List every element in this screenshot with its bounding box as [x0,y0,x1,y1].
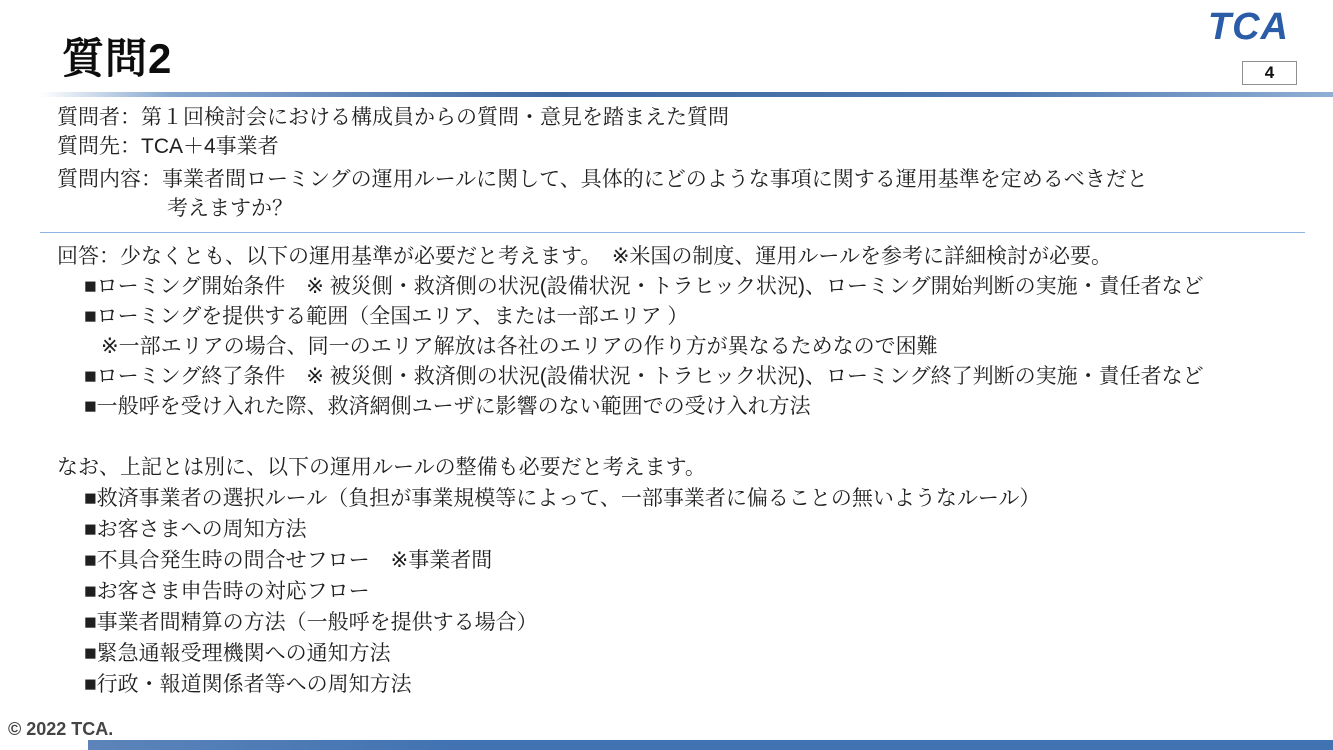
page-number: 4 [1265,63,1274,83]
section-divider [40,232,1305,233]
question-block: 質問者：第１回検討会における構成員からの質問・意見を踏まえた質問 質問先：TCA… [57,103,1148,223]
question-target-line: 質問先：TCA＋4事業者 [57,132,1148,161]
rule-item: ■事業者間精算の方法（一般呼を提供する場合） [57,607,1204,638]
rules-intro: なお、上記とは別に、以下の運用ルールの整備も必要だと考えます。 [57,453,1204,483]
criteria-item: ■ローミング開始条件 ※ 被災側・救済側の状況(設備状況・トラヒック状況)、ロー… [57,272,1204,302]
slide: 質問2 TCA 4 質問者：第１回検討会における構成員からの質問・意見を踏まえた… [0,0,1333,750]
answer-block: 回答：少なくとも、以下の運用基準が必要だと考えます。 ※米国の制度、運用ルールを… [57,242,1204,700]
page-number-box: 4 [1242,61,1297,85]
criteria-item: ■ローミングを提供する範囲（全国エリア、または一部エリア ） [57,302,1204,332]
rule-item: ■行政・報道関係者等への周知方法 [57,669,1204,700]
criteria-item: ■ローミング終了条件 ※ 被災側・救済側の状況(設備状況・トラヒック状況)、ロー… [57,362,1204,392]
criteria-item: ■一般呼を受け入れた際、救済網側ユーザに影響のない範囲での受け入れ方法 [57,392,1204,422]
page-title: 質問2 [62,26,172,86]
bottom-accent-bar [88,740,1333,750]
rule-item: ■お客さま申告時の対応フロー [57,576,1204,607]
tca-logo: TCA [1208,6,1289,49]
question-content-continuation: 考えますか？ [167,194,1148,223]
rule-item: ■緊急通報受理機関への通知方法 [57,638,1204,669]
rule-item: ■不具合発生時の問合せフロー ※事業者間 [57,545,1204,576]
title-underline-rule [40,92,1333,97]
rule-item: ■お客さまへの周知方法 [57,514,1204,545]
copyright-text: © 2022 TCA. [8,719,113,740]
answer-intro: 回答：少なくとも、以下の運用基準が必要だと考えます。 ※米国の制度、運用ルールを… [57,242,1204,272]
rule-item: ■救済事業者の選択ルール（負担が事業規模等によって、一部事業者に偏ることの無いよ… [57,483,1204,514]
question-content-line: 質問内容：事業者間ローミングの運用ルールに関して、具体的にどのような事項に関する… [57,165,1148,194]
criteria-subnote: ※一部エリアの場合、同一のエリア解放は各社のエリアの作り方が異なるためなので困難 [57,332,1204,362]
question-asker-line: 質問者：第１回検討会における構成員からの質問・意見を踏まえた質問 [57,103,1148,132]
